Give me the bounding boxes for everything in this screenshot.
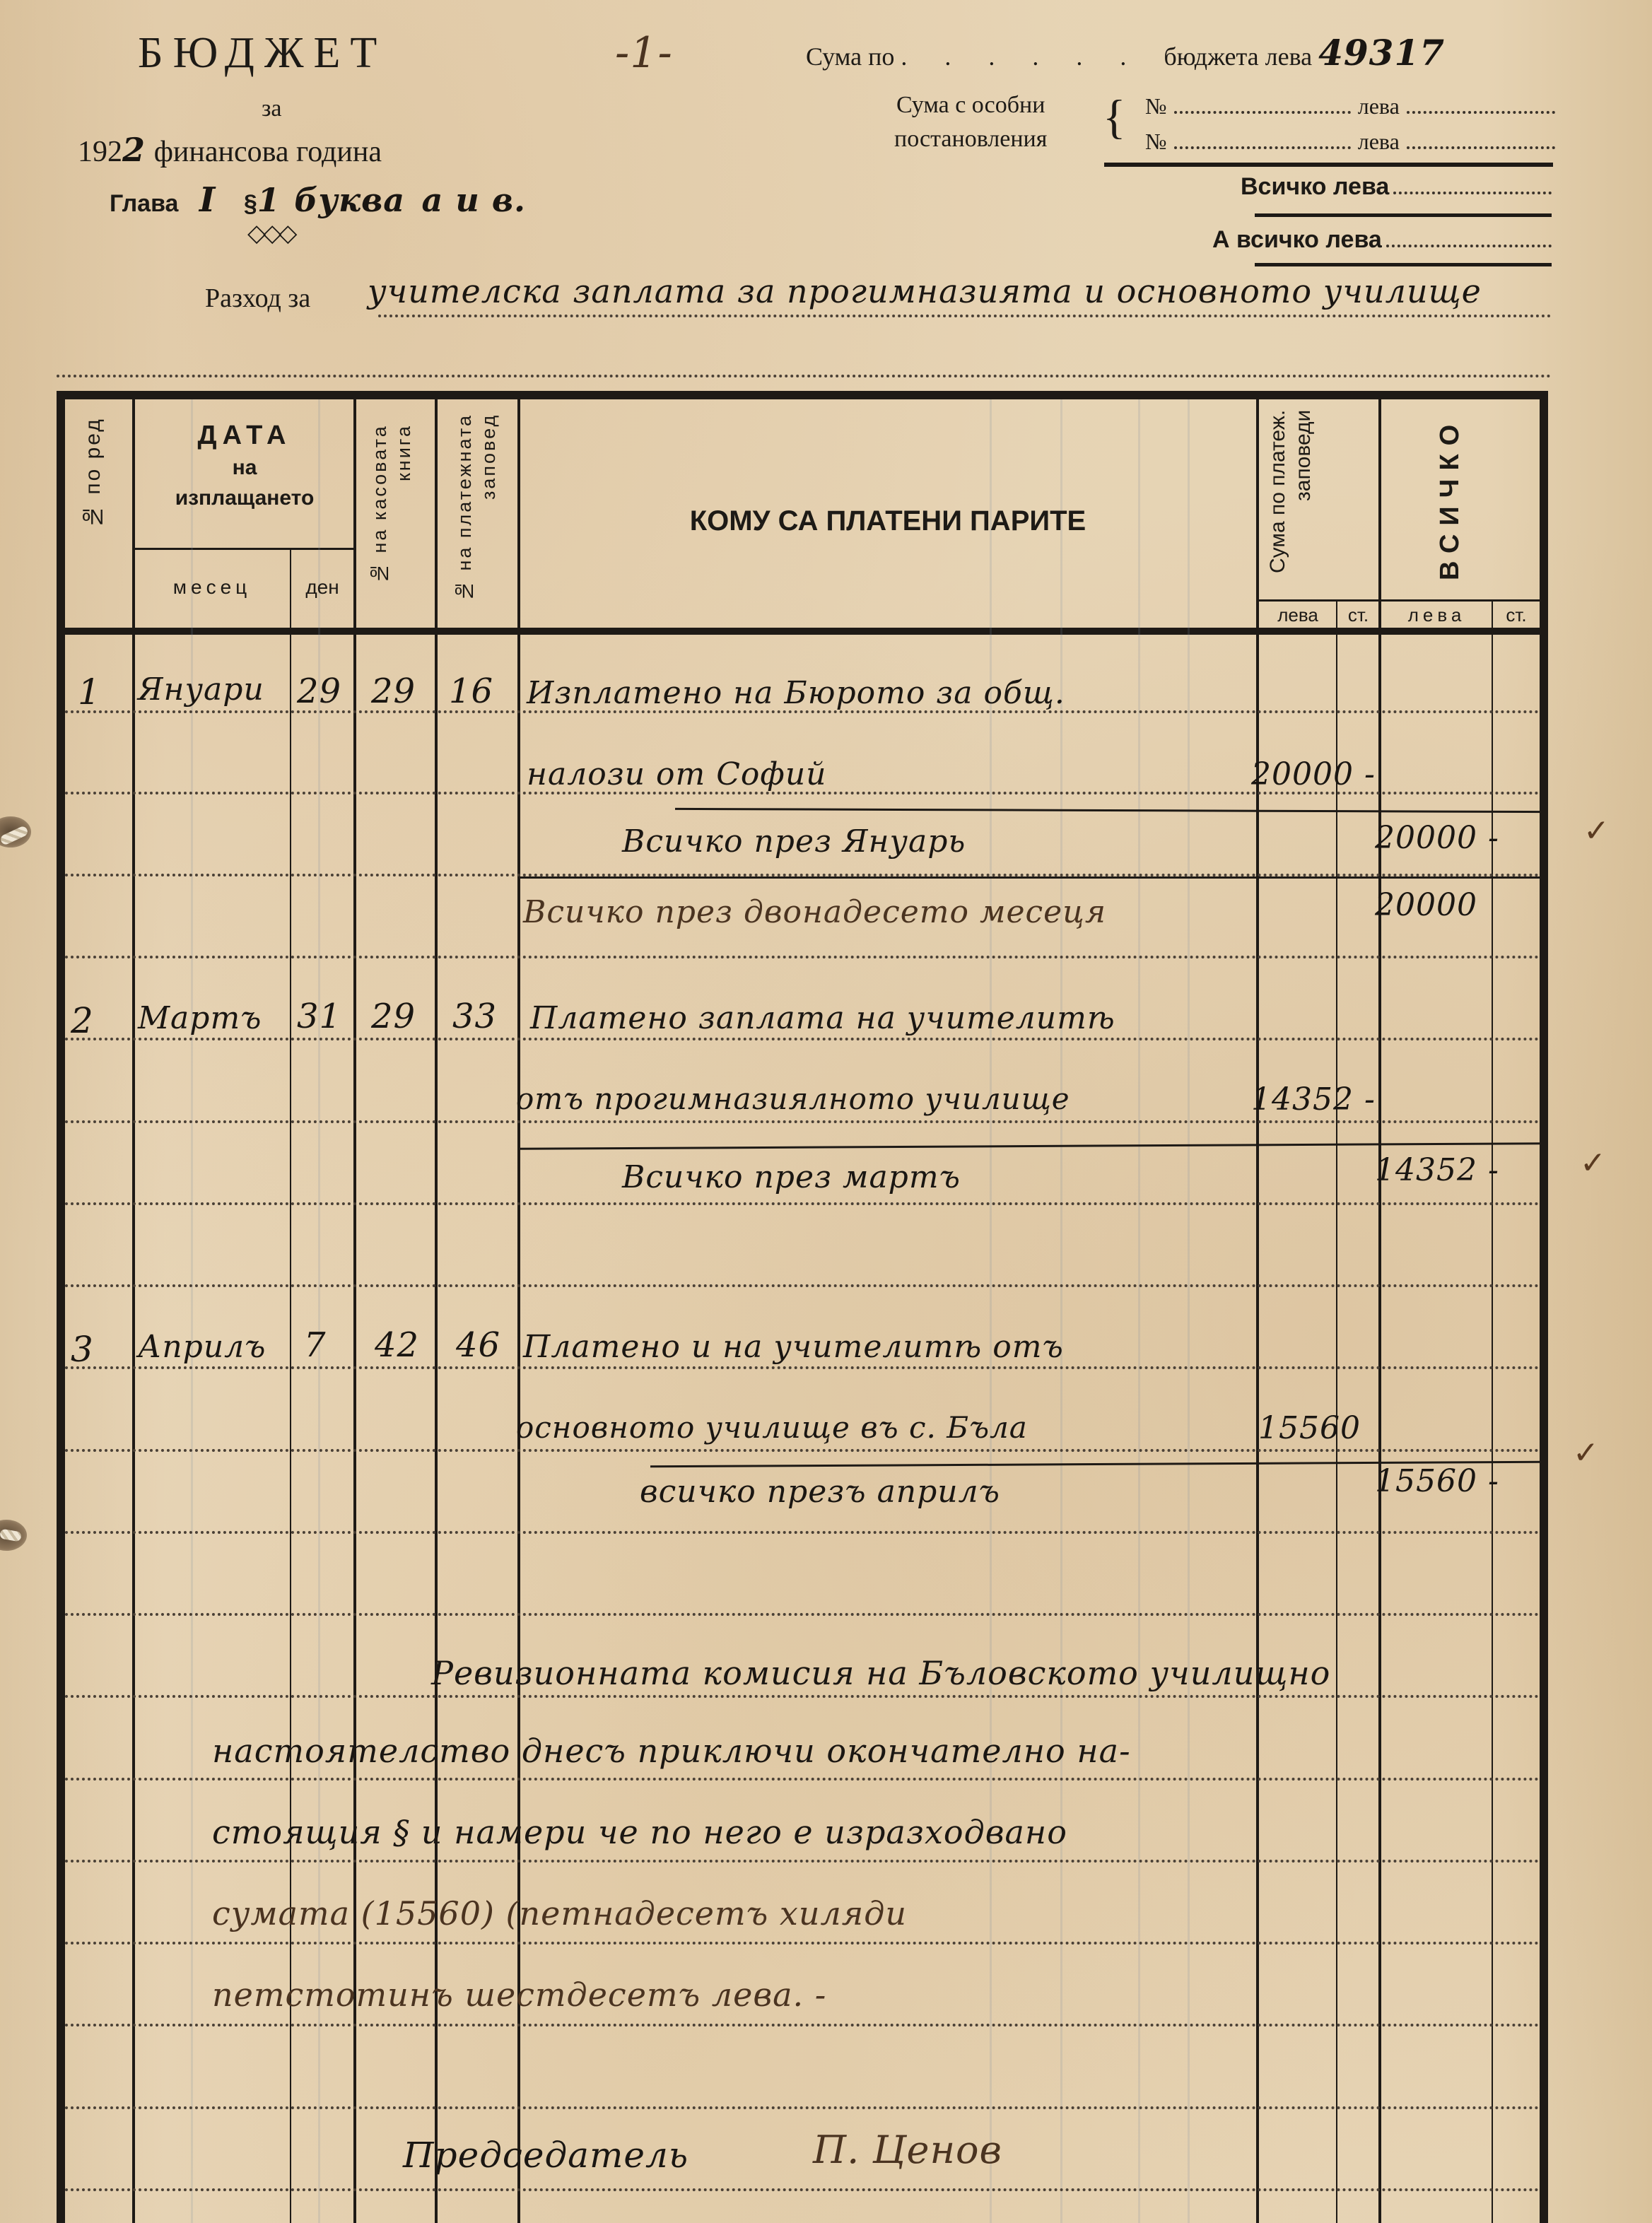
row-subtotal-label: всичко презъ априлъ — [640, 1474, 1000, 1510]
row-order: 33 — [452, 997, 497, 1036]
check-icon: ✓ — [1580, 1145, 1606, 1181]
total-label: Всичко лева — [1241, 173, 1389, 201]
row-desc-line-1: Платено заплата на учителитѣ — [530, 1000, 1115, 1036]
row-desc-line-2: основното училище въ с. Бъла — [516, 1410, 1028, 1445]
check-icon: ✓ — [1573, 1435, 1599, 1471]
row-subtotal-label: Всичко през мартъ — [622, 1159, 961, 1195]
row-order: 16 — [449, 671, 493, 711]
col-line — [132, 399, 135, 2223]
header-payee: КОМУ СА ПЛАТЕНИ ПАРИТЕ — [520, 505, 1255, 537]
row-cumulative: 20000 — [1375, 887, 1477, 923]
header-total: ВСИЧКО — [1435, 410, 1465, 587]
year-handwritten: 2 — [122, 131, 146, 169]
row-day: 29 — [297, 671, 341, 711]
expense-value: учителска заплата за прогимназията и осн… — [368, 272, 1598, 310]
row-month: Януари — [138, 671, 264, 708]
col-line — [1256, 399, 1259, 2223]
paragraph-value: 1 — [257, 181, 281, 219]
grand-total-label: А всичко лева — [1212, 226, 1382, 254]
col-line — [353, 399, 356, 2223]
row-subtotal-label: Всичко през Януарь — [622, 823, 966, 860]
header-leva: лева — [1260, 604, 1336, 626]
closing-line-1: Ревизионната комисия на Бъловското учили… — [431, 1654, 1330, 1692]
header-leva: лева — [1382, 604, 1492, 626]
row-desc-line-1: Изплатено на Бюрото за общ. — [527, 675, 1065, 711]
special-label-1: Сума с особни — [894, 88, 1047, 122]
row-amount: 14352 - — [1251, 1081, 1376, 1118]
special-label-2: постановления — [894, 122, 1047, 156]
header-month: месец — [134, 576, 290, 599]
header-date-title: ДАТА — [134, 421, 355, 451]
fiscal-year-label: финансова година — [154, 136, 382, 168]
row-desc-line-2: налози от Софий — [527, 756, 827, 792]
budget-title: БЮДЖЕТ — [138, 28, 387, 78]
header-st: ст. — [1338, 604, 1378, 626]
header-st: ст. — [1493, 604, 1540, 626]
row-month: Мартъ — [138, 1000, 262, 1036]
row-desc-line-2: отъ прогимназиялното училище — [516, 1081, 1070, 1116]
glava-line: Глава I §1 буква а и в. — [110, 180, 526, 220]
closing-line-5: петстотинъ шестдесетъ лева. - — [212, 1976, 826, 2014]
year-prefix: 192 — [78, 136, 122, 168]
budget-label: бюджета лева — [1164, 42, 1312, 71]
grand-total-line: А всичко лева — [1212, 226, 1552, 254]
glava-value: I — [199, 180, 216, 220]
signature-name: П. Ценов — [813, 2128, 1002, 2172]
row-day: 31 — [297, 997, 341, 1036]
special-label: Сума с особни постановления — [894, 88, 1047, 156]
header-amount-orders: Сума по платеж. заповеди — [1265, 410, 1336, 594]
col-line — [517, 399, 520, 2223]
table-top-rule — [57, 391, 1548, 399]
page-mark: -1- — [615, 28, 673, 78]
row-subtotal: 20000 - — [1375, 820, 1499, 856]
header-payment-order: № на платежната заповед — [452, 413, 509, 622]
header-row-no: № по ред — [81, 417, 105, 622]
total-line: Всичко лева — [1241, 173, 1552, 201]
header-date-sub: изплащането — [134, 486, 355, 510]
ornament: ◇◇◇ — [247, 219, 294, 247]
col-line-thin — [290, 548, 291, 2223]
row-no: 3 — [71, 1329, 94, 1370]
dotted-rule — [57, 375, 1552, 377]
header-day: ден — [291, 576, 353, 599]
budget-sum-line: Сума по . . . . . . бюджета лева 49317 — [806, 32, 1445, 74]
suma-po-label: Сума по — [806, 42, 894, 71]
closing-line-4: сумата (15560) (петнадесетъ хиляди — [212, 1894, 907, 1932]
header-cash-book: № на касовата книга — [368, 424, 424, 622]
header-bottom-rule — [57, 628, 1548, 635]
bukva-label: буква — [294, 181, 405, 219]
divider — [1104, 163, 1553, 167]
row-day: 7 — [304, 1325, 327, 1365]
signature-label: Председатель — [403, 2135, 689, 2176]
paragraph-label: § — [244, 190, 257, 217]
row-cumulative-label: Всичко през двонадесето месеця — [523, 894, 1106, 930]
row-amount: 20000 - — [1251, 756, 1376, 792]
glava-label: Глава — [110, 190, 178, 217]
row-month: Априлъ — [138, 1329, 266, 1365]
row-no: 1 — [78, 671, 101, 712]
row-no: 2 — [71, 1000, 94, 1041]
row-desc-line-1: Платено и на учителитѣ отъ — [523, 1329, 1064, 1365]
dotted-rule — [378, 315, 1552, 317]
row-amount: 15560 — [1258, 1410, 1361, 1446]
col-line — [435, 399, 438, 2223]
expense-label: Разход за — [205, 283, 310, 314]
row-cash-book: 42 — [375, 1325, 419, 1365]
col-line — [1378, 399, 1381, 2223]
row-cash-book: 29 — [371, 997, 416, 1036]
date-sub-rule — [134, 548, 355, 550]
no-label: № — [1145, 124, 1167, 159]
budget-za: за — [262, 95, 282, 122]
header-date-na: на — [134, 456, 355, 480]
closing-line-2: настоятелство днесъ приключи окончателно… — [212, 1732, 1131, 1770]
check-icon: ✓ — [1583, 813, 1610, 849]
row-order: 46 — [456, 1325, 500, 1365]
no-label: № — [1145, 88, 1167, 124]
row-subtotal: 14352 - — [1375, 1152, 1499, 1188]
special-rows: № лева № лева — [1145, 88, 1555, 159]
closing-line-3: стоящия § и намери че по него е изразход… — [212, 1813, 1067, 1851]
divider — [1255, 213, 1552, 217]
fiscal-year-line: 1922 финансова година — [78, 131, 382, 169]
bukva-value: а и в. — [422, 181, 527, 219]
leva-label: лева — [1358, 124, 1400, 159]
budget-value: 49317 — [1318, 32, 1445, 74]
table-left-border — [57, 391, 65, 2223]
brace: { — [1103, 81, 1126, 152]
row-subtotal: 15560 - — [1375, 1463, 1499, 1499]
row-cash-book: 29 — [371, 671, 416, 711]
divider — [1255, 263, 1552, 266]
leva-label: лева — [1358, 88, 1400, 124]
amount-sub-rule — [1258, 599, 1541, 602]
table-right-border — [1540, 391, 1548, 2223]
